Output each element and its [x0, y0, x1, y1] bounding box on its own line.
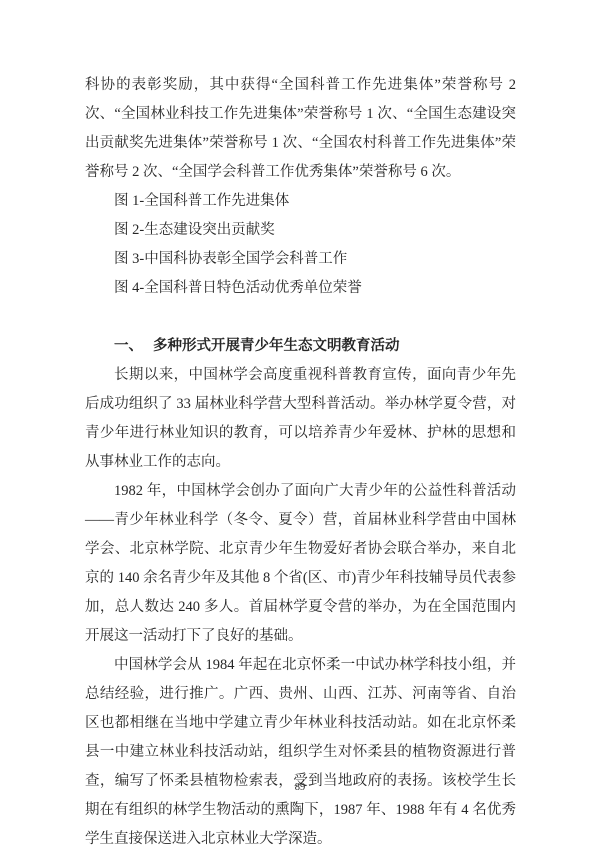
section-heading-title: 多种形式开展青少年生态文明教育活动	[153, 338, 400, 354]
figure-caption-3: 图 3-中国科协表彰全国学会科普工作	[85, 245, 516, 274]
paragraph-1: 长期以来，中国林学会高度重视科普教育宣传，面向青少年先后成功组织了 33 届林业…	[85, 361, 516, 477]
page-number: 89	[0, 781, 600, 795]
figure-caption-4: 图 4-全国科普日特色活动优秀单位荣誉	[85, 274, 516, 303]
figure-caption-2: 图 2-生态建设突出贡献奖	[85, 216, 516, 245]
section-heading: 一、多种形式开展青少年生态文明教育活动	[85, 332, 516, 361]
paragraph-intro: 科协的表彰奖励，其中获得“全国科普工作先进集体”荣誉称号 2 次、“全国林业科技…	[85, 71, 516, 187]
section-heading-number: 一、	[114, 338, 143, 354]
figure-caption-1: 图 1-全国科普工作先进集体	[85, 187, 516, 216]
paragraph-2: 1982 年，中国林学会创办了面向广大青少年的公益性科普活动——青少年林业科学（…	[85, 477, 516, 651]
paragraph-3: 中国林学会从 1984 年起在北京怀柔一中试办林学科技小组，并总结经验，进行推广…	[85, 651, 516, 848]
page-content: 科协的表彰奖励，其中获得“全国科普工作先进集体”荣誉称号 2 次、“全国林业科技…	[85, 71, 516, 848]
document-page: 科协的表彰奖励，其中获得“全国科普工作先进集体”荣誉称号 2 次、“全国林业科技…	[0, 0, 600, 848]
